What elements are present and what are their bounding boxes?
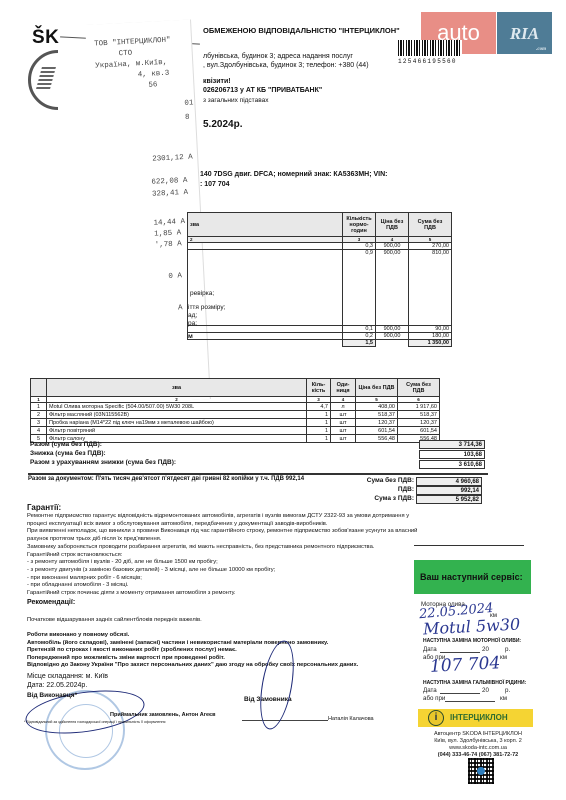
col-header: зва (188, 213, 343, 237)
parts-total-discount-label: Разом з урахуванням знижки (сума без ПДВ… (30, 459, 176, 466)
handwritten-oil-brand: Motul 5w30 (423, 614, 521, 638)
parts-discount: 103,68 (419, 450, 485, 459)
col-header: Сума без ПДВ (409, 213, 452, 237)
part-qty: 1 (307, 435, 331, 443)
work-price: 900,00 (376, 243, 409, 250)
receipt-line: ',78 А (155, 240, 182, 249)
col-header: Ціна без ПДВ (356, 379, 398, 397)
info-icon: i (428, 710, 444, 726)
or-at-label: або при (423, 695, 445, 702)
receipt-line: 8 (185, 114, 190, 122)
autoria-watermark-ria: RIA.com (497, 12, 552, 54)
confirmation-line: Роботи виконано у повному обсязі. (27, 632, 407, 640)
part-price: 556,48 (356, 435, 398, 443)
confirmation-line: Відповідно до Закону України "Про захист… (27, 662, 407, 670)
dealer-website[interactable]: www.skoda-intc.com.ua (418, 745, 538, 752)
work-sum: 180,00 (409, 333, 452, 340)
guarantee-line: При виявленні неполадок, що виникли з пр… (27, 528, 497, 536)
receipt-line: Україна, м.Київ, (95, 59, 167, 71)
dealer-address: Київ, вул. Здолбунівська, 3 корп. 2 (418, 738, 538, 745)
company-address: лбунівська, будинок 3; адреса надання по… (203, 53, 353, 60)
qr-code-icon (468, 758, 494, 784)
work-price: 900,00 (376, 333, 409, 340)
table-row: 0,2 900,00 180,00 (188, 333, 452, 340)
part-n: 4 (31, 427, 47, 435)
year-prefix: 20 (482, 646, 489, 653)
date-label: Дата (423, 646, 437, 653)
part-name: Фільтр масляний (03N115562B) (47, 411, 307, 419)
part-unit: шт (331, 411, 356, 419)
work-desc-line: м (188, 333, 193, 340)
part-price: 601,54 (356, 427, 398, 435)
guarantee-line: рахунок протягом трьох діб після їх пред… (27, 536, 497, 544)
parts-discount-label: Знижка (сума без ПДВ): (30, 450, 106, 457)
work-price: 900,00 (376, 326, 409, 333)
receipt-line: СТО (118, 50, 132, 59)
dealer-name: Автоцентр SKODA ІНТЕРЦИКЛОН (418, 731, 538, 738)
work-name (188, 243, 343, 250)
table-row: 4 Фільтр повітряний 1 шт 601,54 601,54 (31, 427, 440, 435)
executor-label: Від Виконавця* (27, 692, 77, 699)
guarantee-line: Ремонтне підприємство гарантує відповідн… (27, 513, 497, 521)
year-suffix: р. (505, 687, 510, 694)
table-row: 1 Motul Олива моторна Specific (504.00/5… (31, 403, 440, 411)
part-unit: шт (331, 427, 356, 435)
table-row: 0,9 900,00 810,00 (188, 250, 452, 326)
part-unit: шт (331, 419, 356, 427)
part-name: Фільтр повітряний (47, 427, 307, 435)
company-title: ОБМЕЖЕНОЮ ВІДПОВІДАЛЬНІСТЮ "ІНТЕРЦИКЛОН" (203, 26, 400, 35)
next-service-banner: Ваш наступний сервіс: (414, 560, 531, 594)
table-row: 3 Пробка наріана (M14*22 під ключ на19мм… (31, 419, 440, 427)
receipt-line: ТОВ "ІНТЕРЦИКЛОН" (94, 37, 171, 49)
parts-total-label: Разом (сума без ПДВ): (30, 441, 102, 448)
work-name (188, 250, 343, 326)
requisites-heading: квізити! (203, 78, 231, 85)
divider (28, 473, 488, 475)
part-qty: 1 (307, 427, 331, 435)
works-table: зва Кількість нормо-годин Ціна без ПДВ С… (187, 212, 452, 347)
sum-no-vat-label: Сума без ПДВ: (364, 477, 414, 484)
receipt-line: 01 (184, 99, 193, 107)
date-label: Дата (423, 687, 437, 694)
works-total-sum: 1 350,00 (409, 340, 452, 347)
work-sum: 90,00 (409, 326, 452, 333)
guarantees-heading: Гарантії: (27, 503, 61, 512)
intercyclon-banner: i ІНТЕРЦИКЛОН (418, 709, 533, 727)
km-label: км (500, 654, 507, 661)
km-label: км (500, 695, 507, 702)
receipt-line: 0 А (168, 272, 182, 281)
skoda-emblem-icon (28, 50, 88, 110)
work-qty: 0,3 (343, 243, 376, 250)
work-name (188, 326, 343, 333)
work-desc-line: іття розміру; (188, 304, 225, 311)
sum-with-vat-label: Сума з ПДВ: (364, 495, 414, 502)
parts-total: 3 714,36 (419, 440, 485, 449)
part-qty: 1 (307, 411, 331, 419)
part-price: 120,37 (356, 419, 398, 427)
vehicle-info: 140 7DSG двиг. DFCA; номерний знак: КА53… (200, 171, 387, 178)
part-qty: 4,7 (307, 403, 331, 411)
part-unit: шт (331, 435, 356, 443)
service-address: , вул.Здолбунівська, будинок 3; телефон:… (203, 62, 369, 69)
receipt-line: 56 (148, 81, 157, 89)
table-row: 0,3 900,00 270,00 (188, 243, 452, 250)
work-desc-line: ра; (188, 320, 197, 327)
parts-table: зва Кіль-кість Оди-ниця Ціна без ПДВ Сум… (30, 378, 440, 443)
next-oil-heading: НАСТУПНА ЗАМІНА МОТОРНОЇ ОЛИВИ: (423, 638, 521, 644)
year-suffix: р. (505, 646, 510, 653)
work-qty: 0,9 (343, 250, 376, 326)
work-desc-line: ревірка; (190, 290, 214, 297)
col-header: Сума без ПДВ (398, 379, 440, 397)
part-sum: 518,37 (398, 411, 440, 419)
work-desc-line: ад; (188, 312, 197, 319)
card-edge (414, 545, 524, 546)
works-total-row: 1,5 1 350,00 (188, 340, 452, 347)
part-unit: л (331, 403, 356, 411)
vat-amount: 992,14 (416, 486, 482, 495)
receipt-line: 14,44 А (153, 218, 185, 228)
vat-label: ПДВ: (364, 486, 414, 493)
recommendations-heading: Рекомендації: (27, 599, 75, 606)
sum-with-vat: 5 952,82 (416, 495, 482, 504)
signature-line (242, 720, 328, 721)
part-sum: 120,37 (398, 419, 440, 427)
executor-note: * Відповідальний за здійснення господарс… (24, 720, 165, 724)
customer-name: Наталія Калачова (328, 716, 374, 722)
ria-text: RIA (510, 24, 539, 43)
handwritten-km: 107 704 (430, 653, 501, 677)
part-price: 408,00 (356, 403, 398, 411)
part-n: 2 (31, 411, 47, 419)
recommendation-text: Початкове відшарування задніх сайлентбло… (27, 617, 202, 625)
part-n: 3 (31, 419, 47, 427)
part-n: 1 (31, 403, 47, 411)
barcode-number: 125466195560 (398, 58, 457, 65)
executor-name: Приймальник замовлень, Антон Агеєв (110, 712, 215, 718)
barcode-icon (398, 40, 462, 56)
col-header: зва (47, 379, 307, 397)
mileage-info: : 107 704 (200, 181, 230, 188)
year-prefix: 20 (482, 687, 489, 694)
part-name: Motul Олива моторна Specific (504.00/507… (47, 403, 307, 411)
dealer-contacts: Автоцентр SKODA ІНТЕРЦИКЛОН Київ, вул. З… (418, 731, 538, 759)
works-total-qty: 1,5 (343, 340, 376, 347)
confirmation-text: Роботи виконано у повному обсязі. Автомо… (27, 632, 407, 670)
table-row: 2 Фільтр масляний (03N115562B) 1 шт 518,… (31, 411, 440, 419)
part-price: 518,37 (356, 411, 398, 419)
date-field-line (440, 693, 480, 694)
confirmation-line: Претензій по строках і якості виконаних … (27, 647, 407, 655)
work-qty: 0,1 (343, 326, 376, 333)
receipt-line: 1,85 А (154, 229, 181, 238)
col-header: Кількість нормо-годин (343, 213, 376, 237)
work-sum: 270,00 (409, 243, 452, 250)
work-qty: 0,2 (343, 333, 376, 340)
part-sum: 601,54 (398, 427, 440, 435)
col-header (31, 379, 47, 397)
issue-date: Дата: 22.05.2024р. (27, 682, 87, 689)
col-header: Оди-ниця (331, 379, 356, 397)
km-field-line (445, 701, 495, 702)
requisites-value: 026206713 у АТ КБ "ПРИВАТБАНК" (203, 87, 322, 94)
receipt-line: 2301,12 А (152, 154, 193, 164)
part-name: Пробка наріана (M14*22 під ключ на19мм з… (47, 419, 307, 427)
receipt-line: А (178, 304, 183, 312)
receipt-line: 328,41 А (152, 189, 188, 199)
receipt-line: 622,08 А (151, 177, 187, 187)
ria-sub: .com (536, 47, 546, 52)
work-price: 900,00 (376, 250, 409, 326)
col-header: Кіль-кість (307, 379, 331, 397)
document-date: 5.2024р. (203, 119, 242, 130)
place-of-issue: Місце складання: м. Київ (27, 673, 108, 680)
part-sum: 1 917,60 (398, 403, 440, 411)
date-field-line (440, 652, 480, 653)
intercyclon-brand: ІНТЕРЦИКЛОН (450, 713, 508, 722)
work-sum: 810,00 (409, 250, 452, 326)
receipt-line: 4, кв.3 (138, 70, 170, 80)
tax-status: з загальних підставах (203, 97, 268, 104)
guarantee-line: Гарантійний строк встановлюється: (27, 552, 497, 560)
next-brake-heading: НАСТУПНА ЗАМІНА ГАЛЬМІВНОЇ РІДИНИ: (423, 680, 526, 686)
sum-no-vat: 4 960,68 (416, 477, 482, 486)
table-row: 0,1 900,00 90,00 (188, 326, 452, 333)
parts-total-with-discount: 3 610,68 (419, 460, 485, 469)
part-qty: 1 (307, 419, 331, 427)
document-total-text: Разом за документом: П'ять тисяч дев'ятс… (28, 476, 304, 482)
brand-logo: ŠK (32, 27, 59, 49)
work-name (188, 333, 343, 340)
col-header: Ціна без ПДВ (376, 213, 409, 237)
